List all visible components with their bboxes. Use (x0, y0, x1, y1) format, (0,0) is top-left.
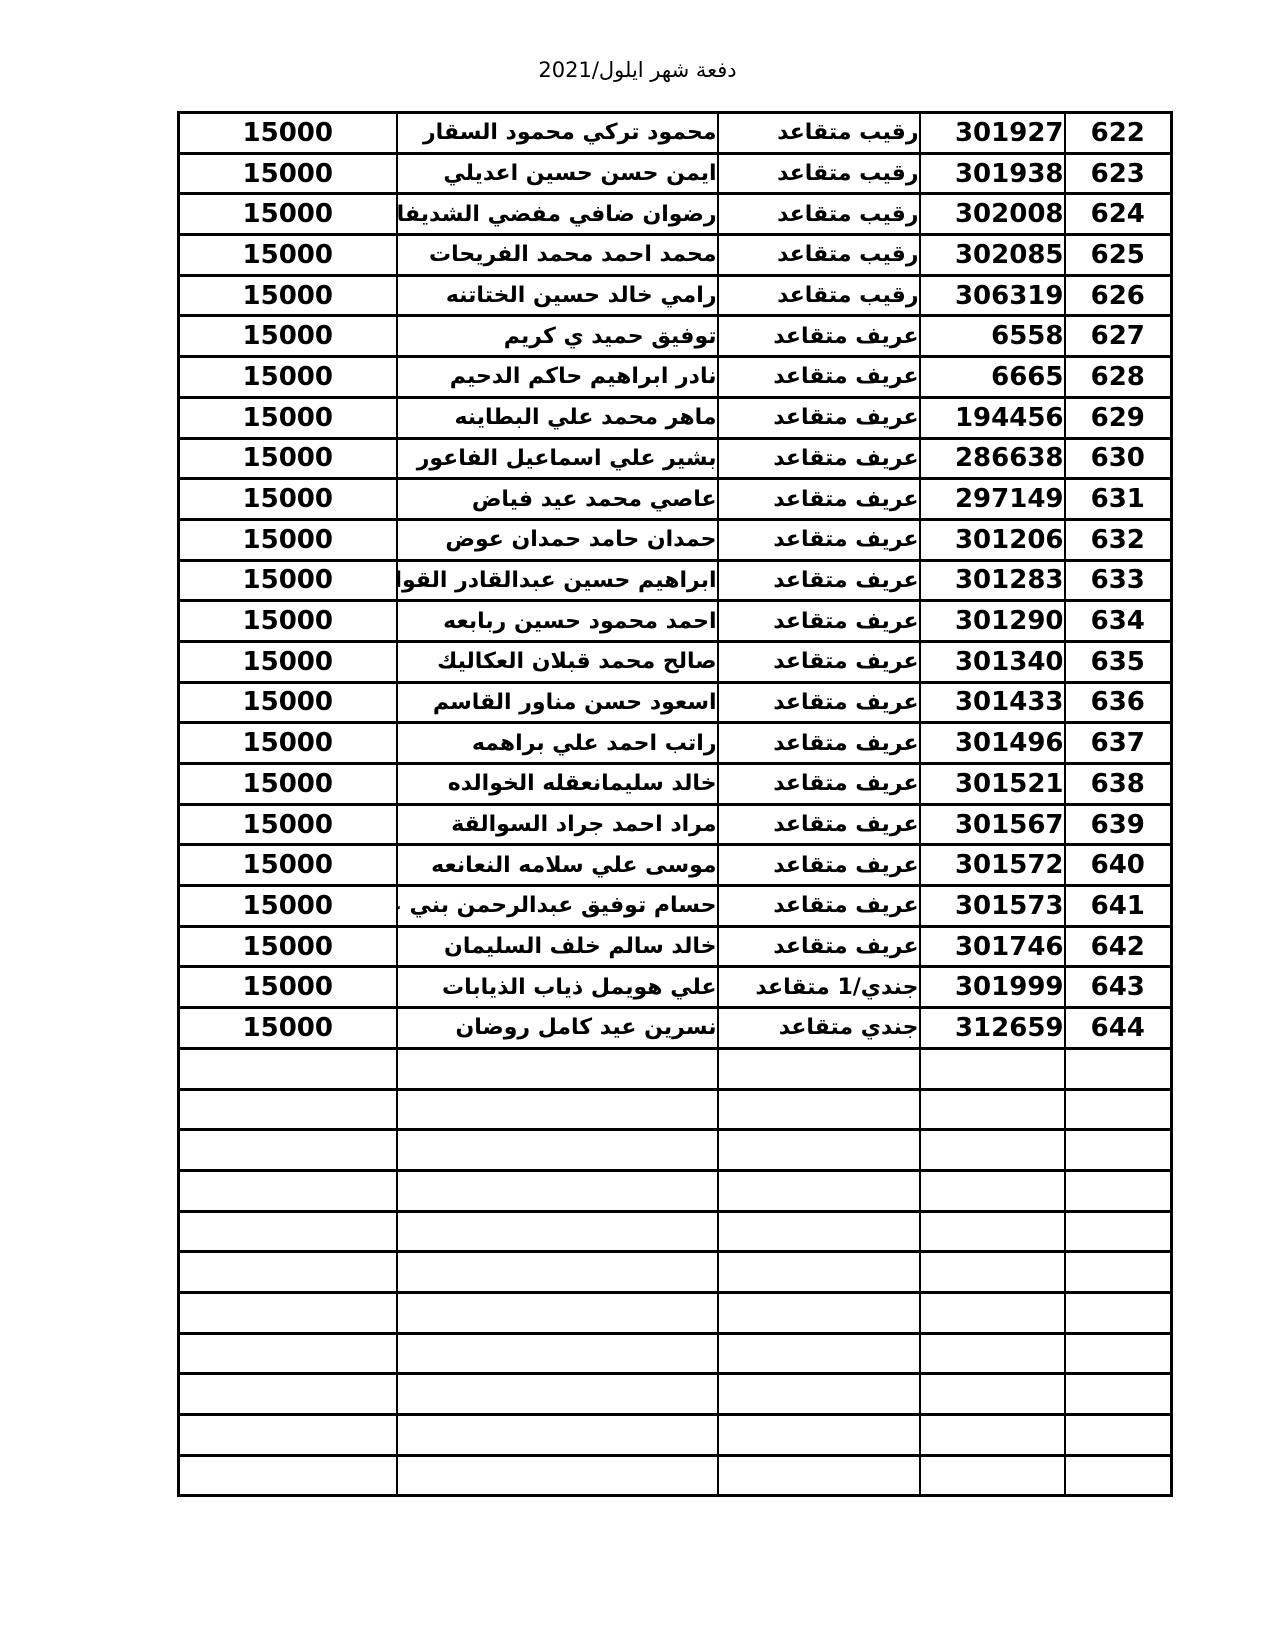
cell-amount: 15000 (179, 438, 397, 479)
cell-id (920, 1333, 1065, 1374)
cell-name: ماهر محمد علي البطاينه (397, 397, 718, 438)
cell-id (920, 1292, 1065, 1333)
table-row: 630286638عريف متقاعدبشير علي اسماعيل الف… (179, 438, 1172, 479)
table-row: 624302008رقيب متقاعدرضوان ضافي مفضي الشد… (179, 194, 1172, 235)
cell-amount: 15000 (179, 601, 397, 642)
table-row: 642301746عريف متقاعدخالد سالم خلف السليم… (179, 926, 1172, 967)
table-row: 638301521عريف متقاعدخالد سليمانعقله الخو… (179, 764, 1172, 805)
cell-name: موسى علي سلامه النعانعه (397, 845, 718, 886)
cell-serial (1065, 1048, 1172, 1089)
cell-serial: 623 (1065, 153, 1172, 194)
cell-rank: رقيب متقاعد (718, 194, 920, 235)
table-row: 622301927رقيب متقاعدمحمود تركي محمود الس… (179, 113, 1172, 154)
cell-serial: 644 (1065, 1008, 1172, 1049)
empty-table-row (179, 1415, 1172, 1456)
cell-rank (718, 1292, 920, 1333)
cell-rank: عريف متقاعد (718, 886, 920, 927)
cell-rank: عريف متقاعد (718, 357, 920, 398)
cell-rank (718, 1211, 920, 1252)
cell-serial: 639 (1065, 804, 1172, 845)
cell-serial: 625 (1065, 235, 1172, 276)
cell-id: 302085 (920, 235, 1065, 276)
cell-rank: عريف متقاعد (718, 804, 920, 845)
cell-name: خالد سالم خلف السليمان (397, 926, 718, 967)
cell-serial: 626 (1065, 275, 1172, 316)
cell-rank (718, 1455, 920, 1496)
cell-serial: 643 (1065, 967, 1172, 1008)
cell-amount (179, 1455, 397, 1496)
cell-serial: 635 (1065, 641, 1172, 682)
cell-id: 6665 (920, 357, 1065, 398)
cell-rank: عريف متقاعد (718, 316, 920, 357)
cell-name: ابراهيم حسين عبدالقادر القواقنه (397, 560, 718, 601)
cell-serial: 636 (1065, 682, 1172, 723)
cell-amount: 15000 (179, 967, 397, 1008)
table-row: 625302085رقيب متقاعدمحمد احمد محمد الفري… (179, 235, 1172, 276)
cell-name: بشير علي اسماعيل الفاعور (397, 438, 718, 479)
cell-name: توفيق حميد ي كريم (397, 316, 718, 357)
cell-rank: عريف متقاعد (718, 682, 920, 723)
cell-serial: 632 (1065, 519, 1172, 560)
empty-table-row (179, 1130, 1172, 1171)
empty-table-row (179, 1292, 1172, 1333)
cell-rank: عريف متقاعد (718, 519, 920, 560)
cell-serial: 637 (1065, 723, 1172, 764)
table-row: 639301567عريف متقاعدمراد احمد جراد السوا… (179, 804, 1172, 845)
cell-name: حمدان حامد حمدان عوض (397, 519, 718, 560)
cell-amount (179, 1089, 397, 1130)
document-page: دفعة شهر ايلول/2021 622301927رقيب متقاعد… (0, 0, 1275, 1650)
table-row: 632301206عريف متقاعدحمدان حامد حمدان عوض… (179, 519, 1172, 560)
cell-id (920, 1252, 1065, 1293)
cell-name: اسعود حسن مناور القاسم (397, 682, 718, 723)
cell-rank: رقيب متقاعد (718, 113, 920, 154)
cell-name: خالد سليمانعقله الخوالده (397, 764, 718, 805)
cell-name (397, 1211, 718, 1252)
cell-amount (179, 1374, 397, 1415)
cell-serial (1065, 1211, 1172, 1252)
cell-id: 194456 (920, 397, 1065, 438)
cell-amount: 15000 (179, 641, 397, 682)
cell-rank (718, 1130, 920, 1171)
cell-id (920, 1089, 1065, 1130)
cell-serial: 628 (1065, 357, 1172, 398)
table-row: 631297149عريف متقاعدعاصي محمد عيد فياض15… (179, 479, 1172, 520)
cell-amount: 15000 (179, 682, 397, 723)
cell-amount: 15000 (179, 316, 397, 357)
cell-serial: 624 (1065, 194, 1172, 235)
cell-id (920, 1455, 1065, 1496)
cell-id: 301206 (920, 519, 1065, 560)
cell-serial: 631 (1065, 479, 1172, 520)
table-row: 623301938رقيب متقاعدايمن حسن حسين اعديلي… (179, 153, 1172, 194)
cell-rank: عريف متقاعد (718, 479, 920, 520)
cell-amount: 15000 (179, 519, 397, 560)
cell-amount: 15000 (179, 397, 397, 438)
cell-name (397, 1048, 718, 1089)
cell-id: 301290 (920, 601, 1065, 642)
cell-amount (179, 1415, 397, 1456)
cell-id: 301938 (920, 153, 1065, 194)
cell-name: عاصي محمد عيد فياض (397, 479, 718, 520)
cell-rank (718, 1048, 920, 1089)
cell-name: محمود تركي محمود السقار (397, 113, 718, 154)
cell-name (397, 1089, 718, 1130)
cell-rank: عريف متقاعد (718, 560, 920, 601)
cell-id: 297149 (920, 479, 1065, 520)
cell-rank: رقيب متقاعد (718, 235, 920, 276)
table-row: 626306319رقيب متقاعدرامي خالد حسين الختا… (179, 275, 1172, 316)
cell-name (397, 1333, 718, 1374)
cell-serial: 634 (1065, 601, 1172, 642)
cell-name: راتب احمد علي براهمه (397, 723, 718, 764)
cell-name: نادر ابراهيم حاكم الدحيم (397, 357, 718, 398)
cell-name (397, 1374, 718, 1415)
cell-name: نسرين عيد كامل روضان (397, 1008, 718, 1049)
cell-id: 301999 (920, 967, 1065, 1008)
cell-name (397, 1130, 718, 1171)
cell-id: 302008 (920, 194, 1065, 235)
cell-amount: 15000 (179, 235, 397, 276)
cell-name (397, 1292, 718, 1333)
cell-id (920, 1048, 1065, 1089)
cell-amount: 15000 (179, 723, 397, 764)
empty-table-row (179, 1333, 1172, 1374)
cell-id: 301567 (920, 804, 1065, 845)
cell-serial (1065, 1374, 1172, 1415)
cell-name: حسام توفيق عبدالرحمن بني عطا (397, 886, 718, 927)
cell-id: 301496 (920, 723, 1065, 764)
cell-name: مراد احمد جراد السوالقة (397, 804, 718, 845)
cell-id (920, 1130, 1065, 1171)
cell-rank: عريف متقاعد (718, 845, 920, 886)
cell-id: 301521 (920, 764, 1065, 805)
cell-serial: 642 (1065, 926, 1172, 967)
cell-amount (179, 1333, 397, 1374)
table-row: 633301283عريف متقاعدابراهيم حسين عبدالقا… (179, 560, 1172, 601)
table-row: 641301573عريف متقاعدحسام توفيق عبدالرحمن… (179, 886, 1172, 927)
cell-name (397, 1252, 718, 1293)
cell-rank (718, 1089, 920, 1130)
table-row: 640301572عريف متقاعدموسى علي سلامه النعا… (179, 845, 1172, 886)
cell-rank: رقيب متقاعد (718, 153, 920, 194)
cell-id: 301746 (920, 926, 1065, 967)
payment-table-body: 622301927رقيب متقاعدمحمود تركي محمود الس… (179, 113, 1172, 1496)
cell-amount: 15000 (179, 113, 397, 154)
cell-amount: 15000 (179, 1008, 397, 1049)
cell-serial (1065, 1455, 1172, 1496)
cell-amount: 15000 (179, 926, 397, 967)
empty-table-row (179, 1211, 1172, 1252)
cell-rank: عريف متقاعد (718, 723, 920, 764)
cell-rank: جندي/1 متقاعد (718, 967, 920, 1008)
page-title: دفعة شهر ايلول/2021 (0, 58, 1275, 82)
table-row: 6286665عريف متقاعدنادر ابراهيم حاكم الدح… (179, 357, 1172, 398)
cell-amount (179, 1252, 397, 1293)
empty-table-row (179, 1170, 1172, 1211)
cell-amount (179, 1211, 397, 1252)
cell-amount: 15000 (179, 845, 397, 886)
cell-serial: 622 (1065, 113, 1172, 154)
cell-serial (1065, 1252, 1172, 1293)
cell-name: رامي خالد حسين الختاتنه (397, 275, 718, 316)
cell-id: 312659 (920, 1008, 1065, 1049)
table-row: 629194456عريف متقاعدماهر محمد علي البطاي… (179, 397, 1172, 438)
cell-serial (1065, 1333, 1172, 1374)
empty-table-row (179, 1089, 1172, 1130)
table-row: 634301290عريف متقاعداحمد محمود حسين رباب… (179, 601, 1172, 642)
table-row: 644312659جندي متقاعدنسرين عيد كامل روضان… (179, 1008, 1172, 1049)
cell-rank (718, 1415, 920, 1456)
cell-rank: عريف متقاعد (718, 438, 920, 479)
cell-serial (1065, 1292, 1172, 1333)
empty-table-row (179, 1455, 1172, 1496)
cell-amount: 15000 (179, 194, 397, 235)
cell-serial: 629 (1065, 397, 1172, 438)
cell-name: علي هويمل ذياب الذيابات (397, 967, 718, 1008)
cell-rank: عريف متقاعد (718, 601, 920, 642)
cell-id (920, 1374, 1065, 1415)
cell-name (397, 1415, 718, 1456)
cell-id (920, 1211, 1065, 1252)
cell-serial (1065, 1170, 1172, 1211)
cell-id: 6558 (920, 316, 1065, 357)
cell-rank: عريف متقاعد (718, 764, 920, 805)
cell-amount: 15000 (179, 275, 397, 316)
cell-rank: رقيب متقاعد (718, 275, 920, 316)
cell-serial: 630 (1065, 438, 1172, 479)
cell-amount (179, 1130, 397, 1171)
cell-id: 301433 (920, 682, 1065, 723)
empty-table-row (179, 1252, 1172, 1293)
cell-name: رضوان ضافي مفضي الشديفات (397, 194, 718, 235)
empty-table-row (179, 1374, 1172, 1415)
cell-name (397, 1455, 718, 1496)
cell-serial (1065, 1130, 1172, 1171)
cell-name: صالح محمد قبلان العكاليك (397, 641, 718, 682)
cell-serial (1065, 1089, 1172, 1130)
cell-name: محمد احمد محمد الفريحات (397, 235, 718, 276)
payment-table: 622301927رقيب متقاعدمحمود تركي محمود الس… (177, 111, 1173, 1497)
cell-rank (718, 1374, 920, 1415)
cell-amount: 15000 (179, 764, 397, 805)
cell-name: احمد محمود حسين ربابعه (397, 601, 718, 642)
cell-amount: 15000 (179, 357, 397, 398)
cell-rank: عريف متقاعد (718, 641, 920, 682)
table-row: 636301433عريف متقاعداسعود حسن مناور القا… (179, 682, 1172, 723)
cell-rank (718, 1333, 920, 1374)
cell-rank: جندي متقاعد (718, 1008, 920, 1049)
cell-rank: عريف متقاعد (718, 926, 920, 967)
cell-amount (179, 1048, 397, 1089)
cell-id (920, 1170, 1065, 1211)
table-row: 637301496عريف متقاعدراتب احمد علي براهمه… (179, 723, 1172, 764)
cell-rank (718, 1170, 920, 1211)
cell-amount: 15000 (179, 886, 397, 927)
cell-id: 286638 (920, 438, 1065, 479)
table-row: 635301340عريف متقاعدصالح محمد قبلان العك… (179, 641, 1172, 682)
cell-rank: عريف متقاعد (718, 397, 920, 438)
cell-id: 306319 (920, 275, 1065, 316)
cell-serial: 638 (1065, 764, 1172, 805)
cell-amount (179, 1292, 397, 1333)
cell-id: 301572 (920, 845, 1065, 886)
cell-amount: 15000 (179, 479, 397, 520)
cell-amount: 15000 (179, 560, 397, 601)
cell-name: ايمن حسن حسين اعديلي (397, 153, 718, 194)
cell-amount: 15000 (179, 804, 397, 845)
cell-serial: 627 (1065, 316, 1172, 357)
cell-serial: 641 (1065, 886, 1172, 927)
empty-table-row (179, 1048, 1172, 1089)
cell-serial: 640 (1065, 845, 1172, 886)
cell-id (920, 1415, 1065, 1456)
cell-id: 301340 (920, 641, 1065, 682)
cell-id: 301927 (920, 113, 1065, 154)
table-row: 643301999جندي/1 متقاعدعلي هويمل ذياب الذ… (179, 967, 1172, 1008)
cell-amount (179, 1170, 397, 1211)
cell-serial: 633 (1065, 560, 1172, 601)
table-row: 6276558عريف متقاعدتوفيق حميد ي كريم15000 (179, 316, 1172, 357)
cell-serial (1065, 1415, 1172, 1456)
cell-id: 301283 (920, 560, 1065, 601)
cell-name (397, 1170, 718, 1211)
cell-rank (718, 1252, 920, 1293)
cell-id: 301573 (920, 886, 1065, 927)
cell-amount: 15000 (179, 153, 397, 194)
